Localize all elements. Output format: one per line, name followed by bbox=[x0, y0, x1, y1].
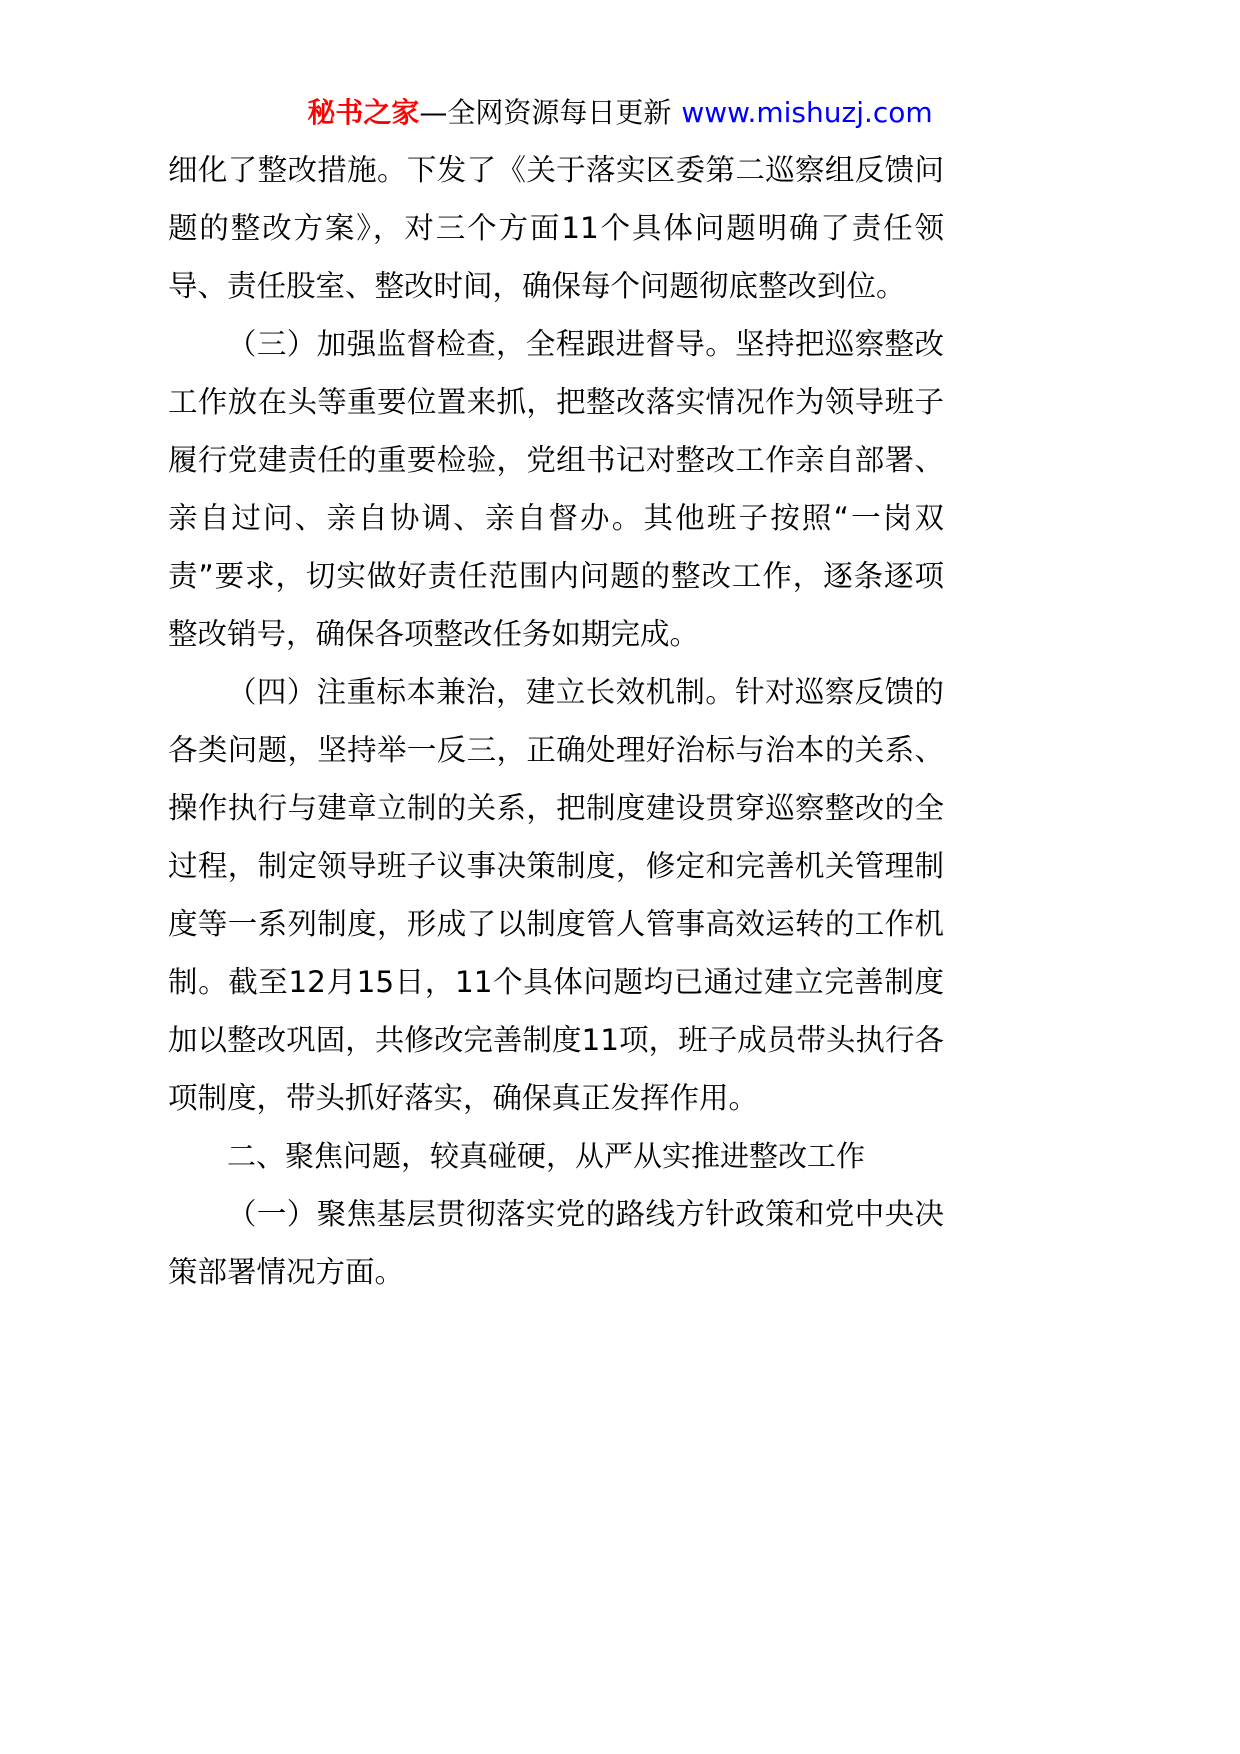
watermark-header: 秘书之家—全网资源每日更新www.mishuzj.com bbox=[0, 90, 1240, 136]
header-url-link[interactable]: www.mishuzj.com bbox=[681, 96, 932, 129]
section-heading-2: 二、聚焦问题，较真碰硬，从严从实推进整改工作 bbox=[168, 1127, 944, 1185]
paragraph-section-3: （三）加强监督检查，全程跟进督导。坚持把巡察整改工作放在头等重要位置来抓，把整改… bbox=[168, 315, 944, 663]
header-tagline: —全网资源每日更新 bbox=[419, 96, 671, 129]
paragraph-section-4: （四）注重标本兼治，建立长效机制。针对巡察反馈的各类问题，坚持举一反三，正确处理… bbox=[168, 663, 944, 1127]
paragraph-continuation: 细化了整改措施。下发了《关于落实区委第二巡察组反馈问题的整改方案》，对三个方面1… bbox=[168, 141, 944, 315]
header-brand: 秘书之家 bbox=[307, 96, 419, 129]
paragraph-subsection-1: （一）聚焦基层贯彻落实党的路线方针政策和党中央决策部署情况方面。 bbox=[168, 1185, 944, 1301]
document-body: 细化了整改措施。下发了《关于落实区委第二巡察组反馈问题的整改方案》，对三个方面1… bbox=[168, 141, 944, 1301]
document-page: 秘书之家—全网资源每日更新www.mishuzj.com 细化了整改措施。下发了… bbox=[0, 0, 1240, 1754]
